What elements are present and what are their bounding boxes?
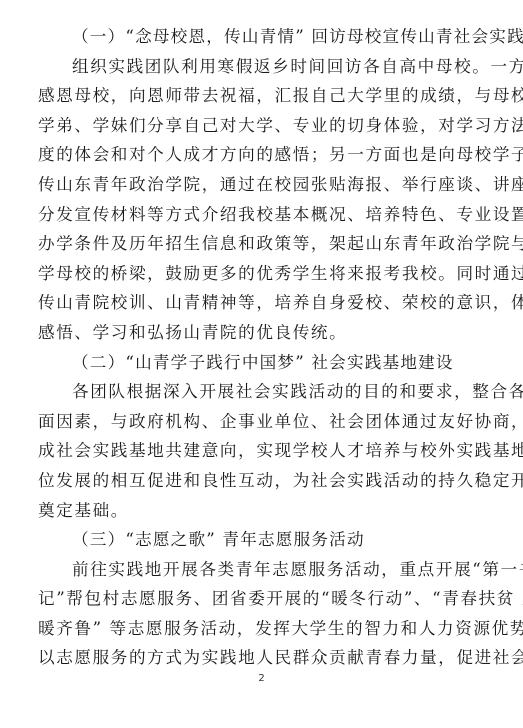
paragraph-line: 感恩母校，向恩师带去祝福，汇报自己大学里的成绩，与母校的 bbox=[38, 81, 464, 111]
paragraph-line: 位发展的相互促进和良性互动，为社会实践活动的持久稳定开展 bbox=[38, 466, 464, 496]
paragraph-line: 传山东青年政治学院，通过在校园张贴海报、举行座谈、讲座、 bbox=[38, 170, 464, 200]
paragraph-line: 办学条件及历年招生信息和政策等，架起山东青年政治学院与中 bbox=[38, 229, 464, 259]
paragraph-line: 组织实践团队利用寒假返乡时间回访各自高中母校。一方面 bbox=[38, 52, 464, 82]
paragraph-line: 分发宣传材料等方式介绍我校基本概况、培养特色、专业设置、 bbox=[38, 200, 464, 230]
section-heading-3: （三）“志愿之歌” 青年志愿服务活动 bbox=[38, 525, 464, 555]
document-page: （一）“念母校恩，传山青情” 回访母校宣传山青社会实践 组织实践团队利用寒假返乡… bbox=[0, 0, 523, 728]
page-number: 2 bbox=[0, 673, 523, 684]
paragraph-line: 前往实践地开展各类青年志愿服务活动，重点开展“第一书 bbox=[38, 555, 464, 585]
paragraph-line: 传山青院校训、山青精神等，培养自身爱校、荣校的意识，体会、 bbox=[38, 288, 464, 318]
paragraph-line: 奠定基础。 bbox=[38, 496, 464, 526]
paragraph-line: 各团队根据深入开展社会实践活动的目的和要求，整合各方 bbox=[38, 377, 464, 407]
paragraph-line: 暖齐鲁” 等志愿服务活动，发挥大学生的智力和人力资源优势， bbox=[38, 614, 464, 644]
paragraph-line: 度的体会和对个人成才方向的感悟；另一方面也是向母校学子宣 bbox=[38, 140, 464, 170]
paragraph-line: 记”帮包村志愿服务、团省委开展的“暖冬行动”、“青春扶贫 益 bbox=[38, 584, 464, 614]
paragraph-line: 成社会实践基地共建意向，实现学校人才培养与校外实践基地单 bbox=[38, 436, 464, 466]
section-heading-1: （一）“念母校恩，传山青情” 回访母校宣传山青社会实践 bbox=[38, 22, 464, 52]
paragraph-line: 学弟、学妹们分享自己对大学、专业的切身体验，对学习方法态 bbox=[38, 111, 464, 141]
paragraph-line: 以志愿服务的方式为实践地人民群众贡献青春力量，促进社会公 bbox=[38, 643, 464, 673]
paragraph-line: 面因素，与政府机构、企事业单位、社会团体通过友好协商，达 bbox=[38, 407, 464, 437]
paragraph-line: 学母校的桥梁，鼓励更多的优秀学生将来报考我校。同时通过宣 bbox=[38, 259, 464, 289]
document-body: （一）“念母校恩，传山青情” 回访母校宣传山青社会实践 组织实践团队利用寒假返乡… bbox=[38, 22, 464, 673]
section-heading-2: （二）“山青学子践行中国梦” 社会实践基地建设 bbox=[38, 348, 464, 378]
paragraph-line: 感悟、学习和弘扬山青院的优良传统。 bbox=[38, 318, 464, 348]
